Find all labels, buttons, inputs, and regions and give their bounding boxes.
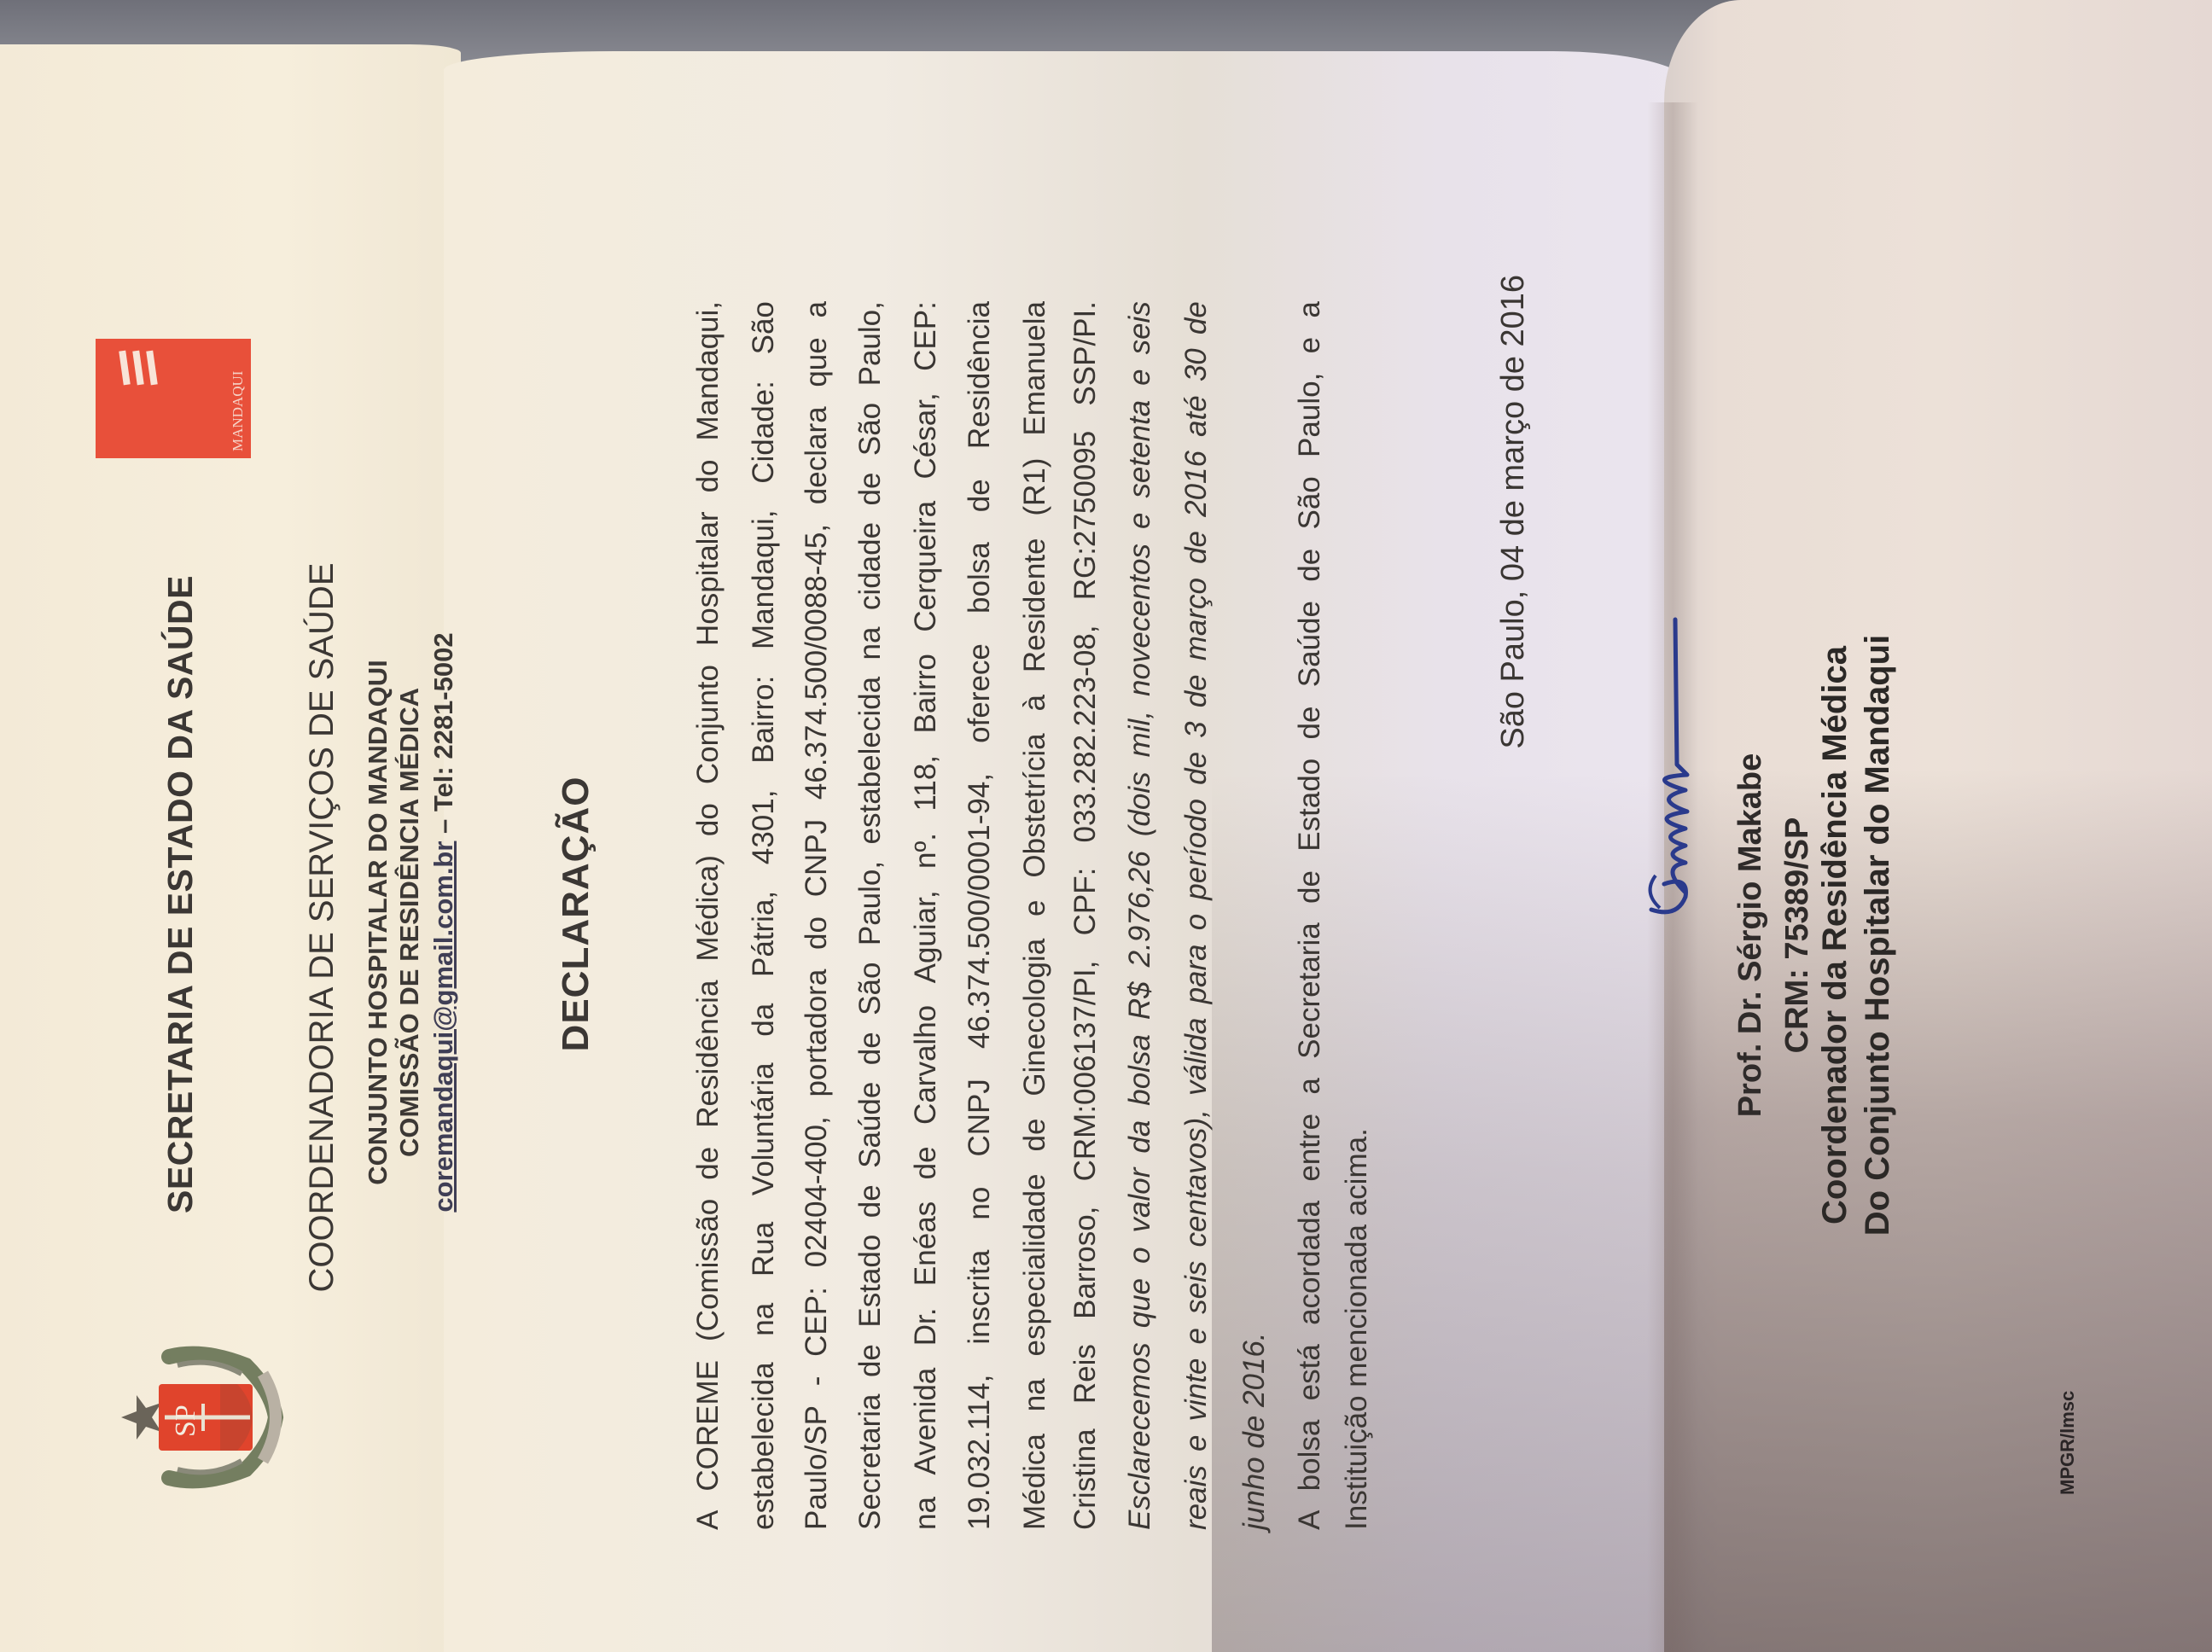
header-coordenadoria: COORDENADORIA DE SERVIÇOS DE SAÚDE [303, 557, 341, 1298]
svg-text:MANDAQUI: MANDAQUI [230, 370, 246, 451]
header-secretaria: SECRETARIA DE ESTADO DA SAÚDE [160, 599, 201, 1213]
body-line: naAvenidaDr.EnéasdeCarvalhoAguiar,nº.118… [909, 301, 943, 1530]
body-line: 19.032.114,inscritanoCNPJ46.374.500/0001… [963, 301, 997, 1530]
footer-reference-code: MPGR/lmsc [2057, 1393, 2079, 1495]
body-line: estabelecidanaRuaVoluntáriadaPátria,4301… [747, 301, 781, 1530]
body-line: AbolsaestáacordadaentreaSecretariadeEsta… [1293, 301, 1327, 1530]
header-comissao: COMISSÃO DE RESIDÊNCIA MÉDICA [394, 649, 425, 1195]
signatory-name: Prof. Dr. Sérgio Makabe [1732, 696, 1769, 1174]
header-contact: coremandaqui@gmail.com.br – Tel: 2281-50… [428, 585, 459, 1259]
body-line: ACOREME(ComissãodeResidênciaMédica)doCon… [691, 301, 725, 1530]
contact-separator: – [428, 811, 458, 841]
document-title: DECLARAÇÃO [555, 773, 597, 1055]
signatory-role: Coordenador da Residência Médica [1816, 611, 1854, 1259]
body-line: junho de 2016. [1237, 301, 1272, 1530]
body-line: MédicanaespecialidadedeGinecologiaeObste… [1018, 301, 1052, 1530]
svg-text:SP: SP [170, 1405, 201, 1437]
declaration-page: SP MANDAQUI SECRETARIA DE ESTADO DA SAÚD… [0, 0, 2212, 1652]
phone-number: Tel: 2281-5002 [428, 632, 458, 811]
mandaqui-logo-icon: MANDAQUI [96, 339, 251, 458]
sao-paulo-coat-of-arms-icon: SP [118, 1340, 288, 1495]
header-conjunto-hospitalar: CONJUNTO HOSPITALAR DO MANDAQUI [363, 649, 393, 1195]
signatory-crm: CRM: 75389/SP [1779, 696, 1816, 1174]
document-date: São Paulo, 04 de março de 2016 [1495, 275, 1532, 762]
body-line: Instituição mencionada acima. [1340, 301, 1374, 1530]
body-line: EsclarecemosqueovalordabolsaR$2.976,26(d… [1123, 301, 1157, 1530]
body-line: reaisevinteeseiscentavos),válidaparaoper… [1179, 301, 1214, 1530]
signatory-institution: Do Conjunto Hospitalar do Mandaqui [1859, 611, 1897, 1259]
body-line: Paulo/SP-CEP:02404-400,portadoradoCNPJ46… [800, 301, 834, 1530]
body-line: CristinaReisBarroso,CRM:006137/PI,CPF:03… [1068, 301, 1103, 1530]
email-link[interactable]: coremandaqui@gmail.com.br [428, 841, 458, 1213]
handwritten-signature-icon [1626, 602, 1711, 927]
body-line: SecretariadeEstadodeSaúdedeSãoPaulo,esta… [853, 301, 888, 1530]
